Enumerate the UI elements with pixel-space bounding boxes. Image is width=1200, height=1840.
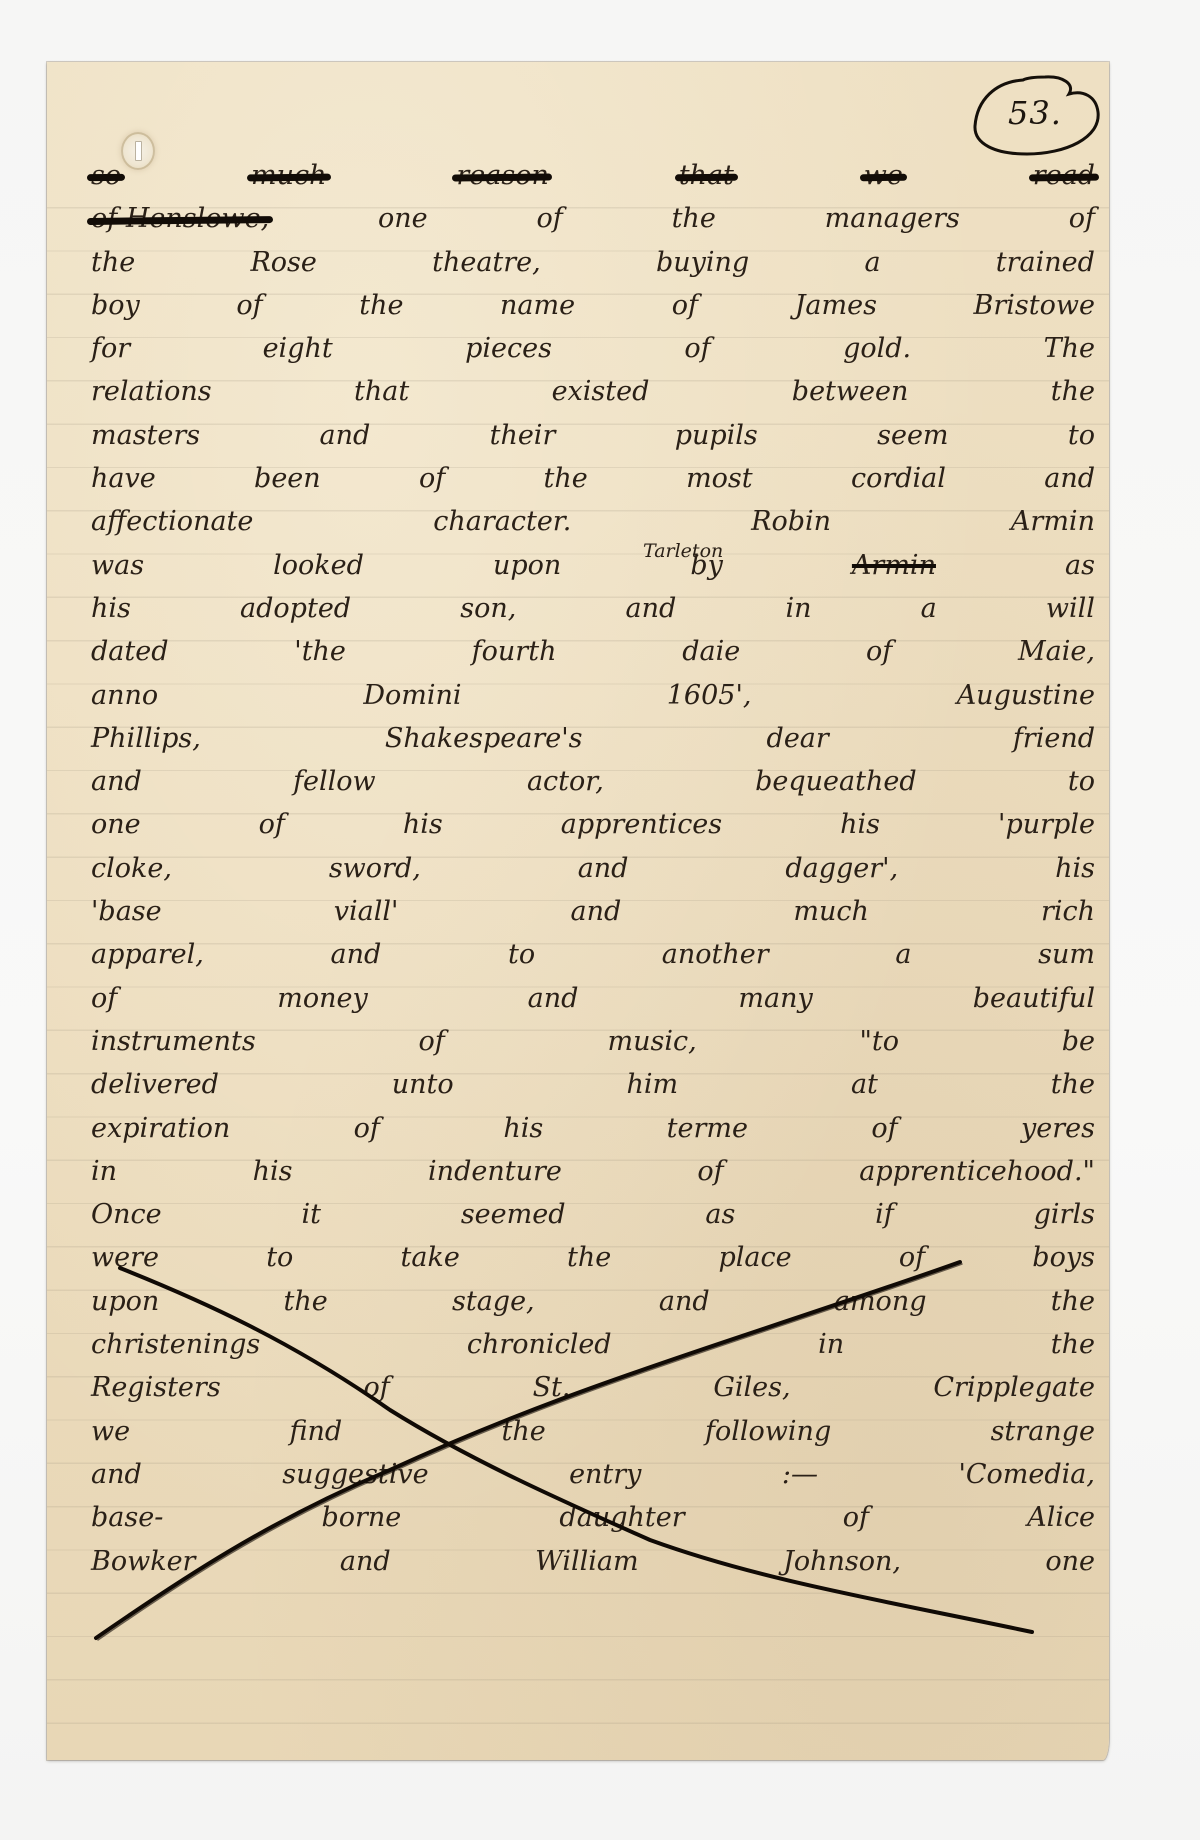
manuscript-word: as bbox=[705, 1193, 735, 1236]
manuscript-word: their bbox=[490, 414, 556, 457]
crossed-out-line: Onceitseemedasifgirls bbox=[91, 1193, 1101, 1236]
manuscript-word: apprentices bbox=[561, 803, 722, 846]
manuscript-word: :— bbox=[782, 1453, 818, 1496]
manuscript-word: it bbox=[301, 1193, 321, 1236]
crossed-out-line: BowkerandWilliamJohnson,one bbox=[91, 1540, 1101, 1583]
manuscript-word: Augustine bbox=[957, 674, 1095, 717]
manuscript-word: of bbox=[672, 284, 698, 327]
manuscript-line: dated'thefourthdaieofMaie, bbox=[91, 630, 1101, 673]
manuscript-word: the bbox=[567, 1236, 611, 1279]
manuscript-word: of bbox=[91, 977, 117, 1020]
manuscript-word: of bbox=[259, 803, 285, 846]
manuscript-word: upon bbox=[493, 544, 561, 587]
manuscript-word: we bbox=[864, 154, 903, 197]
manuscript-word: seemed bbox=[461, 1193, 566, 1236]
manuscript-line: relationsthatexistedbetweenthe bbox=[91, 370, 1101, 413]
manuscript-word: of bbox=[536, 197, 562, 240]
interlinear-insertion: Tarleton bbox=[643, 530, 723, 573]
manuscript-line: hisadoptedson,andinawill bbox=[91, 587, 1101, 630]
crossed-out-line: base-bornedaughterofAlice bbox=[91, 1496, 1101, 1539]
crossed-out-line: christeningschronicledinthe bbox=[91, 1323, 1101, 1366]
crossed-out-line: RegistersofSt.Giles,Cripplegate bbox=[91, 1366, 1101, 1409]
manuscript-word: his bbox=[503, 1107, 543, 1150]
manuscript-word: at bbox=[851, 1063, 878, 1106]
manuscript-word: the bbox=[1051, 1280, 1095, 1323]
manuscript-word: beautiful bbox=[973, 977, 1095, 1020]
manuscript-word: his bbox=[253, 1150, 293, 1193]
manuscript-word: be bbox=[1062, 1020, 1095, 1063]
manuscript-word: dear bbox=[767, 717, 829, 760]
manuscript-word: Cripplegate bbox=[933, 1366, 1095, 1409]
manuscript-word: actor, bbox=[527, 760, 604, 803]
manuscript-word: of bbox=[871, 1107, 897, 1150]
manuscript-word: sum bbox=[1038, 933, 1095, 976]
manuscript-word: of bbox=[354, 1107, 380, 1150]
manuscript-word: was bbox=[91, 544, 144, 587]
manuscript-word: 1605', bbox=[667, 674, 752, 717]
manuscript-word: the bbox=[672, 197, 716, 240]
manuscript-word: Bristowe bbox=[974, 284, 1095, 327]
manuscript-line: instrumentsofmusic,"tobe bbox=[91, 1020, 1101, 1063]
manuscript-word: and bbox=[340, 1540, 391, 1583]
manuscript-word: cordial bbox=[851, 457, 946, 500]
manuscript-word: a bbox=[895, 933, 911, 976]
manuscript-word: and bbox=[570, 890, 621, 933]
manuscript-word: were bbox=[91, 1236, 159, 1279]
manuscript-word: as bbox=[1065, 544, 1095, 587]
manuscript-word: and bbox=[91, 1453, 142, 1496]
manuscript-word: stage, bbox=[452, 1280, 535, 1323]
manuscript-word: chronicled bbox=[467, 1323, 612, 1366]
manuscript-word: strange bbox=[991, 1410, 1095, 1453]
manuscript-word: of bbox=[418, 1020, 444, 1063]
manuscript-word: read bbox=[1033, 154, 1095, 197]
manuscript-word: been bbox=[254, 457, 321, 500]
manuscript-word: apparel, bbox=[91, 933, 204, 976]
manuscript-word: that bbox=[679, 154, 734, 197]
manuscript-word: borne bbox=[321, 1496, 401, 1539]
manuscript-word: much bbox=[793, 890, 869, 933]
manuscript-word: and bbox=[1044, 457, 1095, 500]
manuscript-line: ofmoneyandmanybeautiful bbox=[91, 977, 1101, 1020]
manuscript-word: many bbox=[738, 977, 812, 1020]
manuscript-word: Johnson, bbox=[783, 1540, 901, 1583]
manuscript-word: of bbox=[697, 1150, 723, 1193]
manuscript-line: theRosetheatre,buyingatrained bbox=[91, 241, 1101, 284]
manuscript-word: entry bbox=[569, 1453, 641, 1496]
manuscript-line: Phillips,Shakespeare'sdearfriend bbox=[91, 717, 1101, 760]
manuscript-word: him bbox=[626, 1063, 678, 1106]
manuscript-line: waslookeduponbyArminasTarleton bbox=[91, 544, 1101, 587]
manuscript-word: to bbox=[1068, 414, 1095, 457]
manuscript-word: music, bbox=[607, 1020, 696, 1063]
manuscript-word: adopted bbox=[240, 587, 351, 630]
manuscript-word: existed bbox=[552, 370, 650, 413]
manuscript-word: masters bbox=[91, 414, 200, 457]
manuscript-word: Alice bbox=[1027, 1496, 1095, 1539]
manuscript-word: in bbox=[91, 1150, 117, 1193]
manuscript-word: to bbox=[1068, 760, 1095, 803]
manuscript-word: looked bbox=[273, 544, 364, 587]
manuscript-word: Giles, bbox=[713, 1366, 790, 1409]
manuscript-line: cloke,sword,anddagger',his bbox=[91, 847, 1101, 890]
manuscript-line: apparel,andtoanotherasum bbox=[91, 933, 1101, 976]
manuscript-word: money bbox=[277, 977, 367, 1020]
manuscript-line: delivereduntohimatthe bbox=[91, 1063, 1101, 1106]
manuscript-word: unto bbox=[392, 1063, 454, 1106]
manuscript-word: pupils bbox=[675, 414, 758, 457]
manuscript-word: a bbox=[864, 241, 880, 284]
crossed-out-line: andsuggestiveentry:—'Comedia, bbox=[91, 1453, 1101, 1496]
manuscript-word: yeres bbox=[1021, 1107, 1095, 1150]
manuscript-word: between bbox=[792, 370, 909, 413]
manuscript-word: daughter bbox=[559, 1496, 684, 1539]
manuscript-word: to bbox=[508, 933, 535, 976]
manuscript-word: 'Comedia, bbox=[958, 1453, 1095, 1496]
manuscript-word: indenture bbox=[428, 1150, 562, 1193]
manuscript-word: and bbox=[319, 414, 370, 457]
manuscript-word: cloke, bbox=[91, 847, 172, 890]
manuscript-word: take bbox=[401, 1236, 460, 1279]
manuscript-word: name bbox=[500, 284, 575, 327]
manuscript-word: Maie, bbox=[1018, 630, 1095, 673]
manuscript-word: dagger', bbox=[785, 847, 898, 890]
manuscript-word: Registers bbox=[91, 1366, 221, 1409]
manuscript-word: upon bbox=[91, 1280, 159, 1323]
manuscript-word: christenings bbox=[91, 1323, 260, 1366]
manuscript-word: another bbox=[662, 933, 769, 976]
manuscript-word: the bbox=[501, 1410, 545, 1453]
manuscript-word: the bbox=[1051, 370, 1095, 413]
manuscript-word: Shakespeare's bbox=[385, 717, 583, 760]
manuscript-word: Once bbox=[91, 1193, 162, 1236]
manuscript-word: affectionate bbox=[91, 500, 253, 543]
manuscript-word: girls bbox=[1034, 1193, 1095, 1236]
manuscript-word: following bbox=[705, 1410, 831, 1453]
manuscript-word: and bbox=[659, 1280, 710, 1323]
manuscript-page: 53. somuchreasonthatwereadof Henslowe,on… bbox=[47, 62, 1109, 1760]
scan-background: 53. somuchreasonthatwereadof Henslowe,on… bbox=[0, 0, 1200, 1840]
manuscript-word: managers bbox=[825, 197, 960, 240]
manuscript-word: the bbox=[1051, 1323, 1095, 1366]
manuscript-word: of bbox=[866, 630, 892, 673]
manuscript-word: friend bbox=[1013, 717, 1095, 760]
manuscript-word: delivered bbox=[91, 1063, 219, 1106]
manuscript-word: Phillips, bbox=[91, 717, 201, 760]
manuscript-word: for bbox=[91, 327, 130, 370]
manuscript-line: havebeenofthemostcordialand bbox=[91, 457, 1101, 500]
manuscript-word: James bbox=[795, 284, 877, 327]
manuscript-word: anno bbox=[91, 674, 158, 717]
manuscript-word: gold. bbox=[843, 327, 911, 370]
manuscript-word: and bbox=[91, 760, 142, 803]
manuscript-word: bequeathed bbox=[755, 760, 917, 803]
manuscript-line: of Henslowe,oneofthemanagersof bbox=[91, 197, 1101, 240]
manuscript-word: eight bbox=[263, 327, 333, 370]
manuscript-word: that bbox=[354, 370, 409, 413]
manuscript-word: much bbox=[251, 154, 327, 197]
manuscript-word: dated bbox=[91, 630, 169, 673]
manuscript-word: boy bbox=[91, 284, 140, 327]
manuscript-word: will bbox=[1046, 587, 1095, 630]
manuscript-word: of bbox=[236, 284, 262, 327]
manuscript-word: and bbox=[528, 977, 579, 1020]
crossed-out-line: weretotaketheplaceofboys bbox=[91, 1236, 1101, 1279]
manuscript-word: 'base bbox=[91, 890, 162, 933]
manuscript-line: 'baseviall'andmuchrich bbox=[91, 890, 1101, 933]
manuscript-word: one bbox=[1045, 1540, 1095, 1583]
manuscript-word: Domini bbox=[363, 674, 461, 717]
manuscript-line: mastersandtheirpupilsseemto bbox=[91, 414, 1101, 457]
manuscript-line: expirationofhistermeofyeres bbox=[91, 1107, 1101, 1150]
manuscript-word: base- bbox=[91, 1496, 163, 1539]
manuscript-word: find bbox=[289, 1410, 342, 1453]
page-number-circled: 53. bbox=[965, 74, 1105, 160]
manuscript-word: 'purple bbox=[998, 803, 1095, 846]
manuscript-word: viall' bbox=[334, 890, 399, 933]
manuscript-word: a bbox=[921, 587, 937, 630]
manuscript-word: to bbox=[266, 1236, 293, 1279]
manuscript-word: and bbox=[578, 847, 629, 890]
manuscript-word: St. bbox=[533, 1366, 571, 1409]
manuscript-word: sword, bbox=[329, 847, 421, 890]
manuscript-word: and bbox=[626, 587, 677, 630]
manuscript-word: boys bbox=[1032, 1236, 1095, 1279]
manuscript-word: the bbox=[359, 284, 403, 327]
manuscript-word: apprenticehood." bbox=[859, 1150, 1095, 1193]
manuscript-word: his bbox=[91, 587, 131, 630]
manuscript-word: of bbox=[684, 327, 710, 370]
manuscript-word: rich bbox=[1041, 890, 1095, 933]
manuscript-word: relations bbox=[91, 370, 212, 413]
manuscript-line: inhisindentureofapprenticehood." bbox=[91, 1150, 1101, 1193]
struck-word: Armin bbox=[852, 544, 936, 587]
manuscript-word: Armin bbox=[1011, 500, 1095, 543]
manuscript-word: of bbox=[364, 1366, 390, 1409]
page-number: 53. bbox=[965, 94, 1105, 132]
manuscript-line: foreightpiecesofgold.The bbox=[91, 327, 1101, 370]
manuscript-word: Rose bbox=[250, 241, 316, 284]
manuscript-word: fellow bbox=[293, 760, 376, 803]
manuscript-word: the bbox=[91, 241, 135, 284]
manuscript-word: one bbox=[378, 197, 428, 240]
manuscript-word: so bbox=[91, 154, 121, 197]
manuscript-word: of bbox=[419, 457, 445, 500]
manuscript-word: daie bbox=[682, 630, 740, 673]
manuscript-line: oneofhisapprenticeshis'purple bbox=[91, 803, 1101, 846]
crossed-out-line: wefindthefollowingstrange bbox=[91, 1410, 1101, 1453]
manuscript-word: among bbox=[834, 1280, 927, 1323]
manuscript-word: the bbox=[284, 1280, 328, 1323]
manuscript-word: William bbox=[535, 1540, 639, 1583]
manuscript-word: suggestive bbox=[282, 1453, 428, 1496]
manuscript-word: if bbox=[875, 1193, 894, 1236]
manuscript-line: affectionatecharacter.RobinArmin bbox=[91, 500, 1101, 543]
manuscript-word: son, bbox=[460, 587, 516, 630]
manuscript-word: character. bbox=[433, 500, 571, 543]
manuscript-word: in bbox=[785, 587, 811, 630]
manuscript-word: most bbox=[686, 457, 753, 500]
manuscript-word: have bbox=[91, 457, 156, 500]
manuscript-word: his bbox=[1055, 847, 1095, 890]
manuscript-word: instruments bbox=[91, 1020, 256, 1063]
manuscript-word: the bbox=[1051, 1063, 1095, 1106]
manuscript-word: his bbox=[840, 803, 880, 846]
manuscript-line: andfellowactor,bequeathedto bbox=[91, 760, 1101, 803]
manuscript-line: annoDomini1605',Augustine bbox=[91, 674, 1101, 717]
manuscript-word: buying bbox=[656, 241, 749, 284]
manuscript-word: reason bbox=[456, 154, 548, 197]
manuscript-word: The bbox=[1044, 327, 1095, 370]
manuscript-word: pieces bbox=[465, 327, 552, 370]
manuscript-word: 'the bbox=[294, 630, 346, 673]
manuscript-word: terme bbox=[667, 1107, 748, 1150]
manuscript-word: of bbox=[899, 1236, 925, 1279]
manuscript-word: of bbox=[1069, 197, 1095, 240]
manuscript-word: "to bbox=[859, 1020, 899, 1063]
manuscript-text: somuchreasonthatwereadof Henslowe,oneoft… bbox=[91, 154, 1101, 1583]
manuscript-word: we bbox=[91, 1410, 130, 1453]
manuscript-word: in bbox=[818, 1323, 844, 1366]
manuscript-word: seem bbox=[877, 414, 948, 457]
crossed-out-line: uponthestage,andamongthe bbox=[91, 1280, 1101, 1323]
scribbled-out-line: somuchreasonthatweread bbox=[91, 154, 1101, 197]
manuscript-word: of Henslowe, bbox=[91, 197, 269, 240]
manuscript-word: expiration bbox=[91, 1107, 230, 1150]
manuscript-word: trained bbox=[996, 241, 1095, 284]
manuscript-word: theatre, bbox=[432, 241, 541, 284]
manuscript-line: boyofthenameofJamesBristowe bbox=[91, 284, 1101, 327]
manuscript-word: place bbox=[718, 1236, 791, 1279]
manuscript-word: Robin bbox=[751, 500, 831, 543]
manuscript-word: fourth bbox=[472, 630, 557, 673]
manuscript-word: of bbox=[843, 1496, 869, 1539]
manuscript-word: one bbox=[91, 803, 141, 846]
manuscript-word: his bbox=[403, 803, 443, 846]
manuscript-word: and bbox=[331, 933, 382, 976]
manuscript-word: Bowker bbox=[91, 1540, 195, 1583]
manuscript-word: the bbox=[544, 457, 588, 500]
